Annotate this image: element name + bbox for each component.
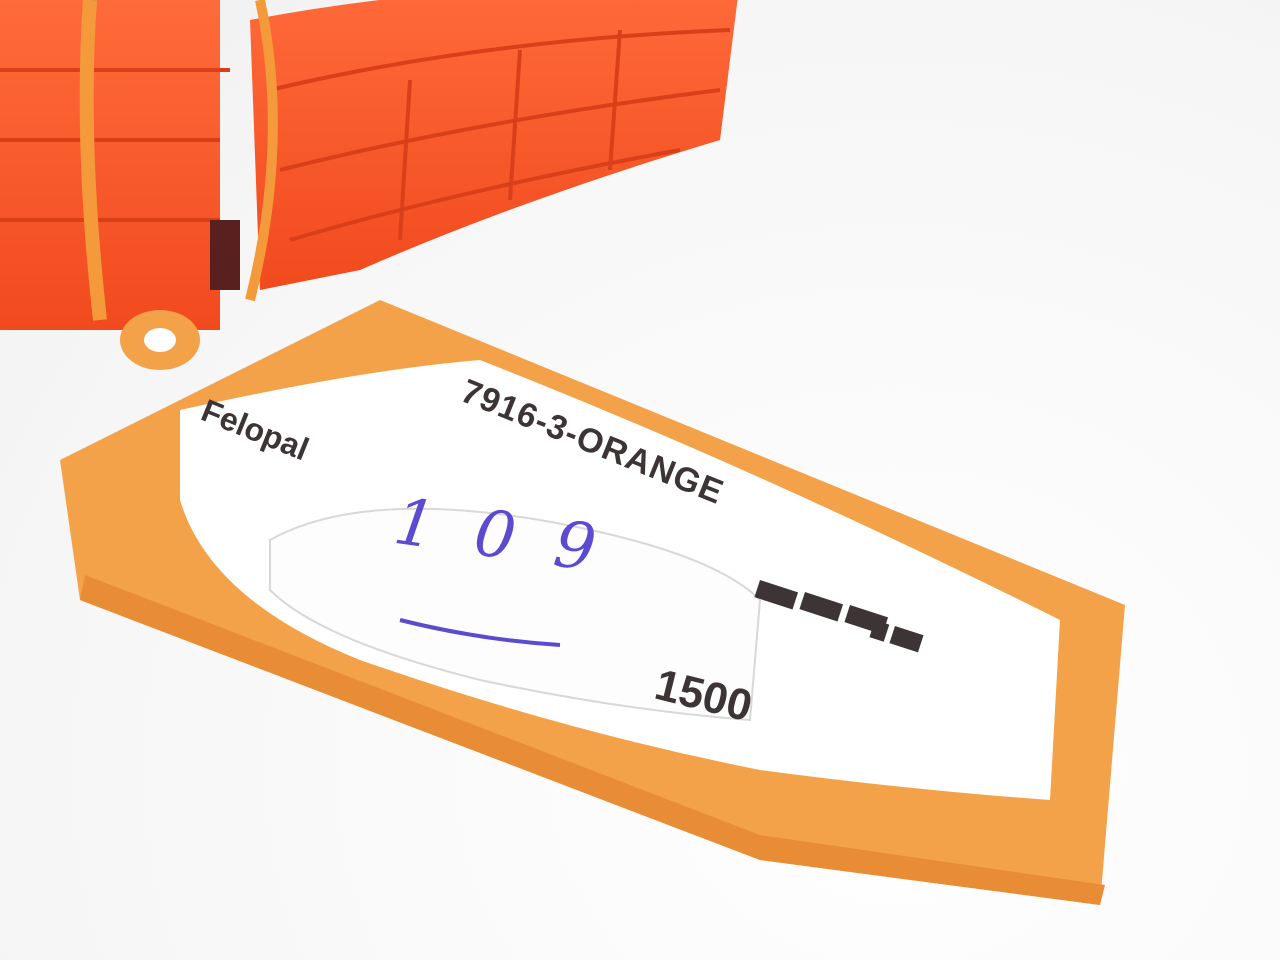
orange-tag bbox=[60, 300, 1140, 920]
